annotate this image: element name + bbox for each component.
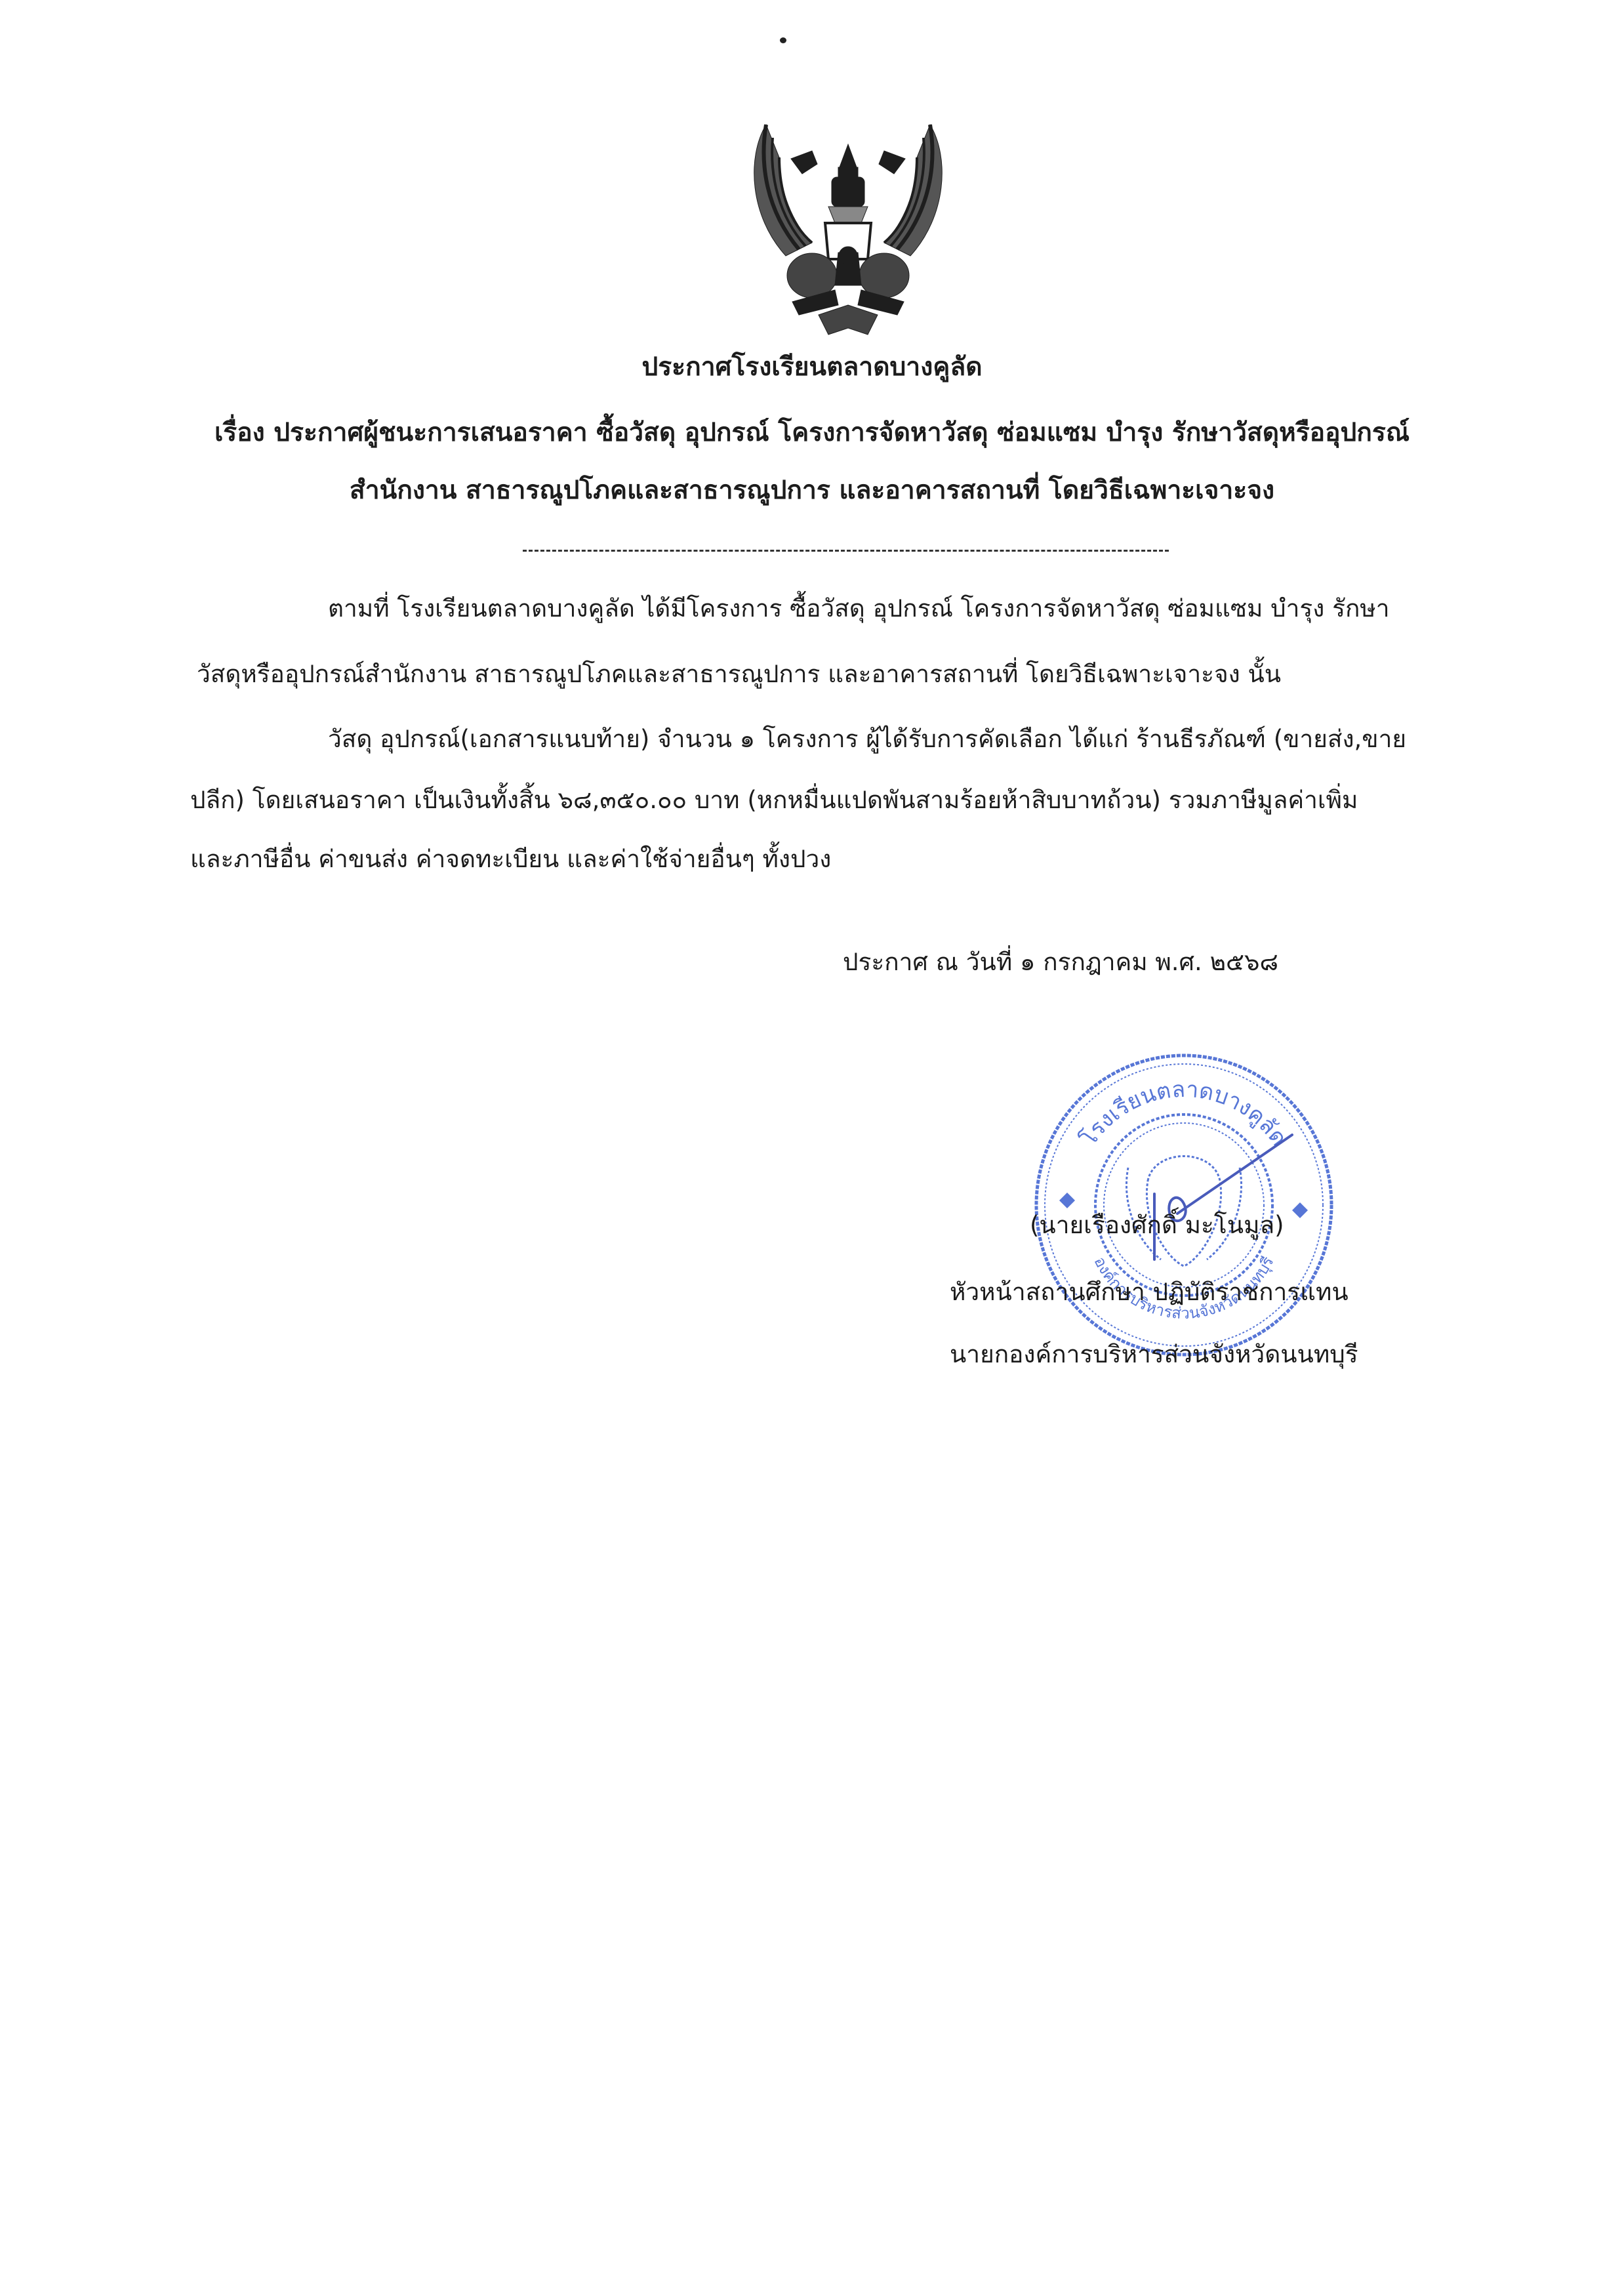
body-line-3: วัสดุ อุปกรณ์(เอกสารแนบท้าย) จำนวน ๑ โคร… — [328, 720, 1406, 759]
body-line-5: และภาษีอื่น ค่าขนส่ง ค่าจดทะเบียน และค่า… — [190, 840, 831, 879]
signatory-name: (นายเรืองศักดิ์ มะโนมูล) — [1030, 1206, 1284, 1245]
announcement-issuer: ประกาศโรงเรียนตลาดบางคูลัด — [0, 348, 1624, 387]
announcement-date: ประกาศ ณ วันที่ ๑ กรกฎาคม พ.ศ. ๒๕๖๘ — [843, 943, 1278, 982]
garuda-emblem-icon — [740, 118, 956, 341]
scan-speck — [780, 37, 786, 43]
body-line-1: ตามที่ โรงเรียนตลาดบางคูลัด ได้มีโครงการ… — [328, 589, 1390, 628]
signatory-organization: นายกองค์การบริหารส่วนจังหวัดนนทบุรี — [950, 1335, 1358, 1374]
announcement-subject-line-1: เรื่อง ประกาศผู้ชนะการเสนอราคา ซื้อวัสดุ… — [0, 413, 1624, 453]
document-page: ประกาศโรงเรียนตลาดบางคูลัด เรื่อง ประกาศ… — [0, 0, 1624, 2292]
body-line-2: วัสดุหรืออุปกรณ์สำนักงาน สาธารณูปโภคและส… — [197, 655, 1281, 694]
announcement-subject-line-2: สำนักงาน สาธารณูปโภคและสาธารณูปการ และอา… — [0, 471, 1624, 510]
body-line-4: ปลีก) โดยเสนอราคา เป็นเงินทั้งสิ้น ๖๘,๓๕… — [190, 781, 1358, 820]
signatory-position: หัวหน้าสถานศึกษา ปฏิบัติราชการแทน — [950, 1273, 1349, 1312]
header-divider — [523, 550, 1169, 552]
